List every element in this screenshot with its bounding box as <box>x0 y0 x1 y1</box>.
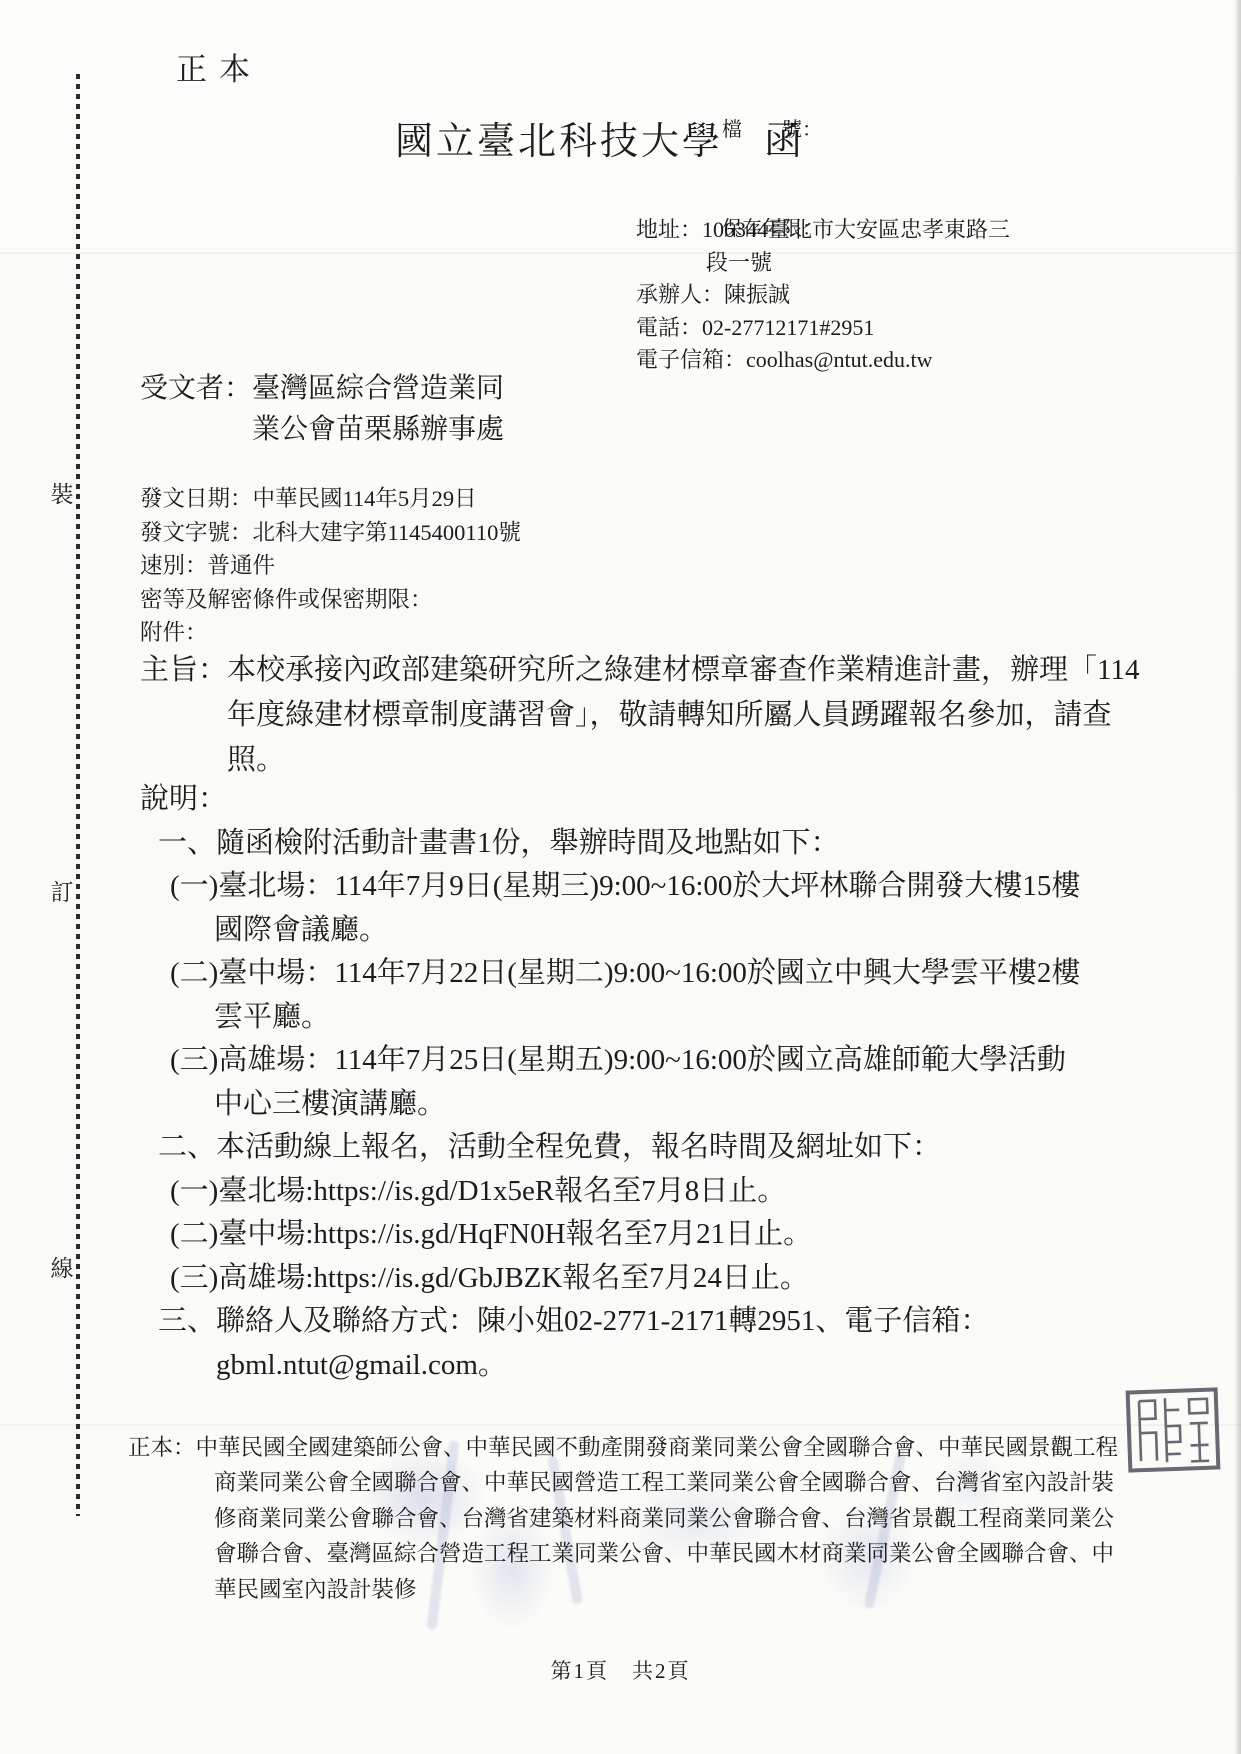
seal-stamp-icon <box>1125 1386 1222 1473</box>
description-item: (三)高雄場：114年7月25日(星期五)9:00~16:00於國立高雄師範大學… <box>140 1039 1092 1126</box>
recipient-line1: 受文者：臺灣區綜合營造業同 <box>140 368 504 409</box>
binding-char-xian: 線 <box>49 1250 75 1283</box>
scanned-letter-page: 裝 訂 線 正本 檔 號： 保存年限： 國立臺北科技大學 函 地址：106344… <box>0 0 1241 1754</box>
item-text: 高雄場：114年7月25日(星期五)9:00~16:00於國立高雄師範大學活動中… <box>214 1044 1066 1120</box>
item-text: 臺北場:https://is.gd/D1x5eR報名至7月8日止。 <box>218 1175 786 1207</box>
binding-char-ding: 訂 <box>49 874 75 907</box>
official-seal-stamp <box>1125 1386 1222 1473</box>
priority-level: 速別：普通件 <box>140 549 521 583</box>
item-marker: 三、 <box>158 1305 216 1337</box>
document-number: 發文字號：北科大建字第1145400110號 <box>140 516 521 550</box>
item-marker: (一) <box>170 870 218 902</box>
item-text: 本活動線上報名，活動全程免費，報名時間及網址如下： <box>216 1131 941 1163</box>
document-title: 國立臺北科技大學 函 <box>0 110 1200 165</box>
paper-edge-shadow <box>1234 0 1241 1754</box>
description-item: 二、本活動線上報名，活動全程免費，報名時間及網址如下： <box>140 1126 1092 1170</box>
sender-contact-person: 承辦人：陳振誠 <box>636 279 1010 312</box>
subject-label: 主旨： <box>140 654 227 686</box>
subject-paragraph: 主旨：本校承接內政部建築研究所之綠建材標章審查作業精進計畫，辦理「114年度綠建… <box>140 648 1167 783</box>
page-number-footer: 第1頁 共2頁 <box>0 1655 1241 1685</box>
scan-streak <box>0 252 1241 254</box>
item-marker: (二) <box>170 957 218 989</box>
description-item: 一、隨函檢附活動計畫書1份，舉辦時間及地點如下： <box>140 822 1092 866</box>
security-classification: 密等及解密條件或保密期限： <box>140 583 521 617</box>
item-marker: (三) <box>170 1262 218 1294</box>
sender-phone: 電話：02-27712171#2951 <box>636 312 1010 345</box>
item-marker: (一) <box>170 1175 218 1207</box>
copy-type-label: 正本 <box>176 44 262 89</box>
item-text: 高雄場:https://is.gd/GbJBZK報名至7月24日止。 <box>218 1262 809 1294</box>
cc-paragraph: 正本：中華民國全國建築師公會、中華民國不動產開發商業同業公會全國聯合會、中華民國… <box>128 1430 1124 1607</box>
description-item: (三)高雄場:https://is.gd/GbJBZK報名至7月24日止。 <box>140 1257 1092 1301</box>
binding-dotted-line <box>76 74 80 1516</box>
item-text: 聯絡人及聯絡方式：陳小姐02-2771-2171轉2951、電子信箱：gbml.… <box>216 1305 989 1381</box>
scan-streak <box>0 1424 1241 1426</box>
document-meta-block: 發文日期：中華民國114年5月29日 發文字號：北科大建字第1145400110… <box>140 482 521 650</box>
description-item: (二)臺中場：114年7月22日(星期二)9:00~16:00於國立中興大學雲平… <box>140 952 1092 1039</box>
item-text: 臺中場:https://is.gd/HqFN0H報名至7月21日止。 <box>218 1218 812 1250</box>
item-marker: 一、 <box>158 827 216 859</box>
sender-address-line1: 地址：106344臺北市大安區忠孝東路三 <box>636 214 1010 247</box>
item-marker: (二) <box>170 1218 218 1250</box>
cc-label: 正本： <box>128 1435 196 1460</box>
description-item: (一)臺北場:https://is.gd/D1x5eR報名至7月8日止。 <box>140 1170 1092 1214</box>
recipient-line2: 業公會苗栗縣辦事處 <box>140 409 504 450</box>
description-item: (一)臺北場：114年7月9日(星期三)9:00~16:00於大坪林聯合開發大樓… <box>140 865 1092 952</box>
binding-char-zhuang: 裝 <box>49 476 75 509</box>
attachment-label: 附件： <box>140 616 521 650</box>
description-item: (二)臺中場:https://is.gd/HqFN0H報名至7月21日止。 <box>140 1213 1092 1257</box>
sender-info-block: 地址：106344臺北市大安區忠孝東路三 段一號 承辦人：陳振誠 電話：02-2… <box>636 214 1010 377</box>
item-text: 隨函檢附活動計畫書1份，舉辦時間及地點如下： <box>216 827 840 859</box>
item-text: 臺北場：114年7月9日(星期三)9:00~16:00於大坪林聯合開發大樓15樓… <box>214 870 1080 946</box>
item-text: 臺中場：114年7月22日(星期二)9:00~16:00於國立中興大學雲平樓2樓… <box>214 957 1080 1033</box>
sender-email: 電子信箱：coolhas@ntut.edu.tw <box>636 344 1010 377</box>
item-marker: (三) <box>170 1044 218 1076</box>
description-section: 說明： 一、隨函檢附活動計畫書1份，舉辦時間及地點如下： (一)臺北場：114年… <box>140 778 1092 1387</box>
description-item: 三、聯絡人及聯絡方式：陳小姐02-2771-2171轉2951、電子信箱：gbm… <box>140 1300 1092 1387</box>
issue-date: 發文日期：中華民國114年5月29日 <box>140 482 521 516</box>
sender-address-line2: 段一號 <box>636 247 1010 280</box>
description-heading: 說明： <box>140 778 1092 822</box>
subject-text: 本校承接內政部建築研究所之綠建材標章審查作業精進計畫，辦理「114年度綠建材標章… <box>227 654 1139 776</box>
recipient-block: 受文者：臺灣區綜合營造業同 業公會苗栗縣辦事處 <box>140 368 504 450</box>
item-marker: 二、 <box>158 1131 216 1163</box>
cc-text: 中華民國全國建築師公會、中華民國不動產開發商業同業公會全國聯合會、中華民國景觀工… <box>196 1435 1119 1602</box>
